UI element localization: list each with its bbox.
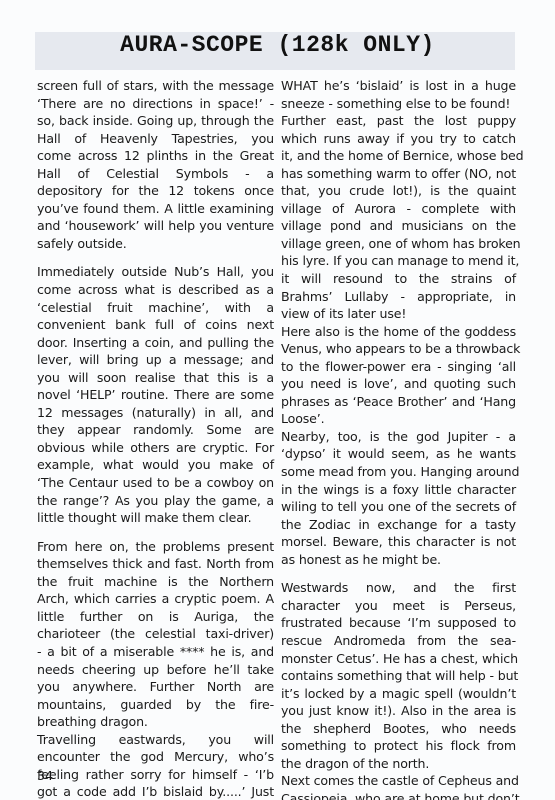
text-line: they appear randomly. Some are — [37, 421, 274, 439]
text-line: door. Inserting a coin, and pulling the — [37, 334, 274, 352]
text-line: in the wings is a foxy little character — [281, 481, 516, 499]
article-title: AURA-SCOPE (128k ONLY) — [0, 30, 555, 60]
text-line: screen full of stars, with the message — [37, 77, 274, 95]
paragraph: screen full of stars, with the message ‘… — [37, 77, 274, 252]
text-line: you just know it!). Also in the area is — [281, 702, 516, 720]
text-line: little further on is Auriga, the — [37, 608, 274, 626]
text-line: convenient bank full of coins next — [37, 316, 274, 334]
text-line: obvious while others are cryptic. For — [37, 439, 274, 457]
text-line: which runs away if you try to catch — [281, 130, 516, 148]
text-line: charioteer (the celestial taxi-driver) — [37, 625, 274, 643]
text-line: Hall of Celestial Symbols - a — [37, 165, 274, 183]
page-number: 34 — [37, 767, 53, 784]
text-line: the fruit machine is the Northern — [37, 573, 274, 591]
text-line: come across 12 plinths in the Great — [37, 147, 274, 165]
text-line: Further east, past the lost puppy — [281, 112, 516, 130]
text-line: safely outside. — [37, 235, 274, 253]
text-line: rescue Andromeda from the sea- — [281, 632, 516, 650]
text-line: some mead from you. Hanging around — [281, 463, 516, 481]
text-line: - a bit of a miserable **** he is, and — [37, 643, 274, 661]
text-line: got a code add I’b bislaid by.....’ Just — [37, 783, 274, 800]
text-line: ‘The Centaur used to be a cowboy on — [37, 474, 274, 492]
paragraph: Further east, past the lost puppy which … — [281, 112, 516, 323]
text-line: example, what would you make of — [37, 456, 274, 474]
text-line: Travelling eastwards, you will — [37, 731, 274, 749]
paragraph: WHAT he’s ‘bislaid’ is lost in a huge sn… — [281, 77, 516, 112]
text-line: novel ‘HELP’ routine. There are some — [37, 386, 274, 404]
text-line: little thought will make them clear. — [37, 509, 274, 527]
text-line: it, and the home of Bernice, whose bed — [281, 147, 516, 165]
text-line: the Zodiac in exchange for a tasty — [281, 516, 516, 534]
paragraph: Immediately outside Nub’s Hall, you come… — [37, 263, 274, 526]
text-line: Cassiopeia, who are at home but don’t — [281, 790, 516, 800]
text-line: Hall of Heavenly Tapestries, you — [37, 130, 274, 148]
text-line: the range’? As you play the game, a — [37, 492, 274, 510]
text-line: you anywhere. Further North are — [37, 678, 274, 696]
text-line: morsel. Beware, this character is not — [281, 533, 516, 551]
text-line: you will soon realise that this is a — [37, 369, 274, 387]
text-line: Brahms’ Lullaby - appropriate, in — [281, 288, 516, 306]
text-line: it’s locked by a magic spell (wouldn’t — [281, 685, 516, 703]
text-line: as honest as he might be. — [281, 551, 516, 569]
text-line: that, you crude lot!), is the quaint — [281, 182, 516, 200]
text-line: contains something that will help - but — [281, 667, 516, 685]
magazine-page: AURA-SCOPE (128k ONLY) screen full of st… — [0, 0, 555, 800]
text-line: has something warm to offer (NO, not — [281, 165, 516, 183]
paragraph: Here also is the home of the goddess Ven… — [281, 323, 516, 428]
text-line: character you meet is Perseus, — [281, 597, 516, 615]
text-line: encounter the god Mercury, who’s — [37, 748, 274, 766]
paragraph: Nearby, too, is the god Jupiter - a ‘dyp… — [281, 428, 516, 568]
text-line: sneeze - something else to be found! — [281, 95, 516, 113]
text-line: ‘celestial fruit machine’, with a — [37, 299, 274, 317]
text-line: ‘There are no directions in space!’ - — [37, 95, 274, 113]
text-line: monster Cetus’. He has a chest, which — [281, 650, 516, 668]
text-line: Loose’. — [281, 410, 516, 428]
paragraph-gap — [281, 568, 516, 579]
text-line: view of its later use! — [281, 305, 516, 323]
text-line: Next comes the castle of Cepheus and — [281, 772, 516, 790]
text-line: the shepherd Bootes, who needs — [281, 720, 516, 738]
text-line: phrases as ‘Peace Brother’ and ‘Hang — [281, 393, 516, 411]
text-line: Venus, who appears to be a throwback — [281, 340, 516, 358]
text-line: come across what is described as a — [37, 281, 274, 299]
text-line: you need is love’, and quoting such — [281, 375, 516, 393]
text-line: frustrated because ‘I’m supposed to — [281, 614, 516, 632]
text-line: the dragon of the north. — [281, 755, 516, 773]
text-line: Nearby, too, is the god Jupiter - a — [281, 428, 516, 446]
text-line: mountains, guarded by the fire- — [37, 696, 274, 714]
left-column: screen full of stars, with the message ‘… — [37, 77, 274, 800]
text-line: WHAT he’s ‘bislaid’ is lost in a huge — [281, 77, 516, 95]
text-line: to the flower-power era - singing ‘all — [281, 358, 516, 376]
text-line: so, back inside. Going up, through the — [37, 112, 274, 130]
text-line: village of Aurora - complete with — [281, 200, 516, 218]
paragraph-gap — [37, 252, 274, 263]
paragraph: Westwards now, and the first character y… — [281, 579, 516, 772]
text-line: Here also is the home of the goddess — [281, 323, 516, 341]
text-line: Westwards now, and the first — [281, 579, 516, 597]
paragraph: From here on, the problems present thems… — [37, 538, 274, 731]
right-column: WHAT he’s ‘bislaid’ is lost in a huge sn… — [281, 77, 516, 800]
text-line: and ‘housework’ will help you venture — [37, 217, 274, 235]
text-line: wiling to tell you one of the secrets of — [281, 498, 516, 516]
text-line: From here on, the problems present — [37, 538, 274, 556]
text-line: themselves thick and fast. North from — [37, 555, 274, 573]
text-line: it will resound to the strains of — [281, 270, 516, 288]
text-line: you’ve found them. A little examining — [37, 200, 274, 218]
text-line: ‘dypso’ it would seem, as he wants — [281, 445, 516, 463]
text-line: Arch, which carries a cryptic poem. A — [37, 590, 274, 608]
paragraph: Next comes the castle of Cepheus and Cas… — [281, 772, 516, 800]
text-line: breathing dragon. — [37, 713, 274, 731]
paragraph: Travelling eastwards, you will encounter… — [37, 731, 274, 800]
text-line: needs cheering up before he’ll take — [37, 661, 274, 679]
paragraph-gap — [37, 527, 274, 538]
text-line: something to protect his flock from — [281, 737, 516, 755]
text-line: 12 messages (naturally) in all, and — [37, 404, 274, 422]
text-line: Immediately outside Nub’s Hall, you — [37, 263, 274, 281]
text-line: lever, will bring up a message; and — [37, 351, 274, 369]
text-line: village green, one of whom has broken — [281, 235, 516, 253]
text-line: feeling rather sorry for himself - ‘I’b — [37, 766, 274, 784]
text-line: his lyre. If you can manage to mend it, — [281, 252, 516, 270]
text-line: depository for the 12 tokens once — [37, 182, 274, 200]
text-line: village pond and musicians on the — [281, 217, 516, 235]
